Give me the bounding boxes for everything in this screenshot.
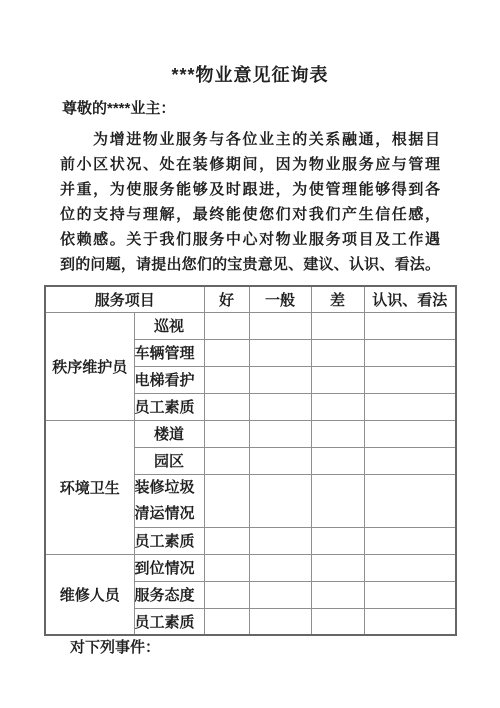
opinion-cell xyxy=(364,474,456,527)
col-header-service-item: 服务项目 xyxy=(45,286,204,312)
rating-cell-poor xyxy=(311,581,364,608)
group-cell-order-maintenance: 秩序维护员 xyxy=(45,312,134,420)
intro-paragraph: 为增进物业服务与各位业主的关系融通，根据目 前小区状况、处在装修期间，因为物业服… xyxy=(60,127,440,277)
table-row: 维修人员 到位情况 xyxy=(45,554,456,581)
rating-cell-poor xyxy=(311,527,364,554)
paragraph-line: 到的问题，请提出您们的宝贵意见、建议、认识、看法。 xyxy=(60,252,440,277)
rating-cell-poor xyxy=(311,608,364,635)
paragraph-line: 依赖感。关于我们服务中心对物业服务项目及工作遇 xyxy=(60,227,440,252)
rating-cell-average xyxy=(249,366,311,393)
table-row: 秩序维护员 巡视 xyxy=(45,312,456,339)
rating-cell-good xyxy=(204,581,249,608)
item-cell-availability: 到位情况 xyxy=(134,554,204,581)
item-cell-renovation-waste-removal: 装修垃圾 清运情况 xyxy=(134,474,204,527)
rating-cell-good xyxy=(204,554,249,581)
opinion-cell xyxy=(364,393,456,420)
paragraph-line: 为增进物业服务与各位业主的关系融通，根据目 xyxy=(60,127,440,152)
col-header-poor: 差 xyxy=(311,286,364,312)
rating-cell-good xyxy=(204,447,249,474)
rating-cell-good xyxy=(204,339,249,366)
group-cell-environment-hygiene: 环境卫生 xyxy=(45,420,134,554)
rating-cell-average xyxy=(249,447,311,474)
opinion-cell xyxy=(364,527,456,554)
rating-cell-average xyxy=(249,554,311,581)
opinion-cell xyxy=(364,581,456,608)
item-cell-staff-quality: 员工素质 xyxy=(134,393,204,420)
rating-cell-average xyxy=(249,312,311,339)
paragraph-line: 前小区状况、处在装修期间，因为物业服务应与管理 xyxy=(60,152,440,177)
col-header-opinion: 认识、看法 xyxy=(364,286,456,312)
rating-cell-poor xyxy=(311,366,364,393)
item-cell-garden-area: 园区 xyxy=(134,447,204,474)
opinion-cell xyxy=(364,366,456,393)
rating-cell-good xyxy=(204,393,249,420)
opinion-cell xyxy=(364,420,456,447)
col-header-good: 好 xyxy=(204,286,249,312)
rating-cell-average xyxy=(249,339,311,366)
table-row: 环境卫生 楼道 xyxy=(45,420,456,447)
table-header-row: 服务项目 好 一般 差 认识、看法 xyxy=(45,286,456,312)
opinion-cell xyxy=(364,608,456,635)
rating-cell-poor xyxy=(311,420,364,447)
document-title: ***物业意见征询表 xyxy=(0,61,500,87)
paragraph-line: 位的支持与理解，最终能使您们对我们产生信任感， xyxy=(60,202,440,227)
item-cell-patrol: 巡视 xyxy=(134,312,204,339)
item-cell-elevator-watch: 电梯看护 xyxy=(134,366,204,393)
service-feedback-table: 服务项目 好 一般 差 认识、看法 秩序维护员 巡视 车辆管理 电梯看护 xyxy=(44,285,457,636)
opinion-cell xyxy=(364,312,456,339)
rating-cell-good xyxy=(204,474,249,527)
rating-cell-poor xyxy=(311,447,364,474)
item-cell-corridor: 楼道 xyxy=(134,420,204,447)
item-cell-vehicle-management: 车辆管理 xyxy=(134,339,204,366)
rating-cell-poor xyxy=(311,554,364,581)
opinion-cell xyxy=(364,447,456,474)
rating-cell-average xyxy=(249,527,311,554)
rating-cell-poor xyxy=(311,393,364,420)
rating-cell-average xyxy=(249,474,311,527)
opinion-cell xyxy=(364,339,456,366)
rating-cell-average xyxy=(249,420,311,447)
footer-prompt: 对下列事件： xyxy=(70,636,160,657)
col-header-average: 一般 xyxy=(249,286,311,312)
rating-cell-poor xyxy=(311,474,364,527)
item-cell-staff-quality: 员工素质 xyxy=(134,527,204,554)
item-cell-service-attitude: 服务态度 xyxy=(134,581,204,608)
opinion-cell xyxy=(364,554,456,581)
rating-cell-poor xyxy=(311,339,364,366)
rating-cell-good xyxy=(204,366,249,393)
salutation-line: 尊敬的****业主： xyxy=(62,97,175,118)
rating-cell-average xyxy=(249,608,311,635)
rating-cell-poor xyxy=(311,312,364,339)
group-cell-repair-staff: 维修人员 xyxy=(45,554,134,635)
rating-cell-good xyxy=(204,527,249,554)
rating-cell-good xyxy=(204,312,249,339)
rating-cell-average xyxy=(249,393,311,420)
rating-cell-average xyxy=(249,581,311,608)
rating-cell-good xyxy=(204,608,249,635)
rating-cell-good xyxy=(204,420,249,447)
paragraph-line: 并重，为使服务能够及时跟进，为使管理能够得到各 xyxy=(60,177,440,202)
item-cell-staff-quality: 员工素质 xyxy=(134,608,204,635)
